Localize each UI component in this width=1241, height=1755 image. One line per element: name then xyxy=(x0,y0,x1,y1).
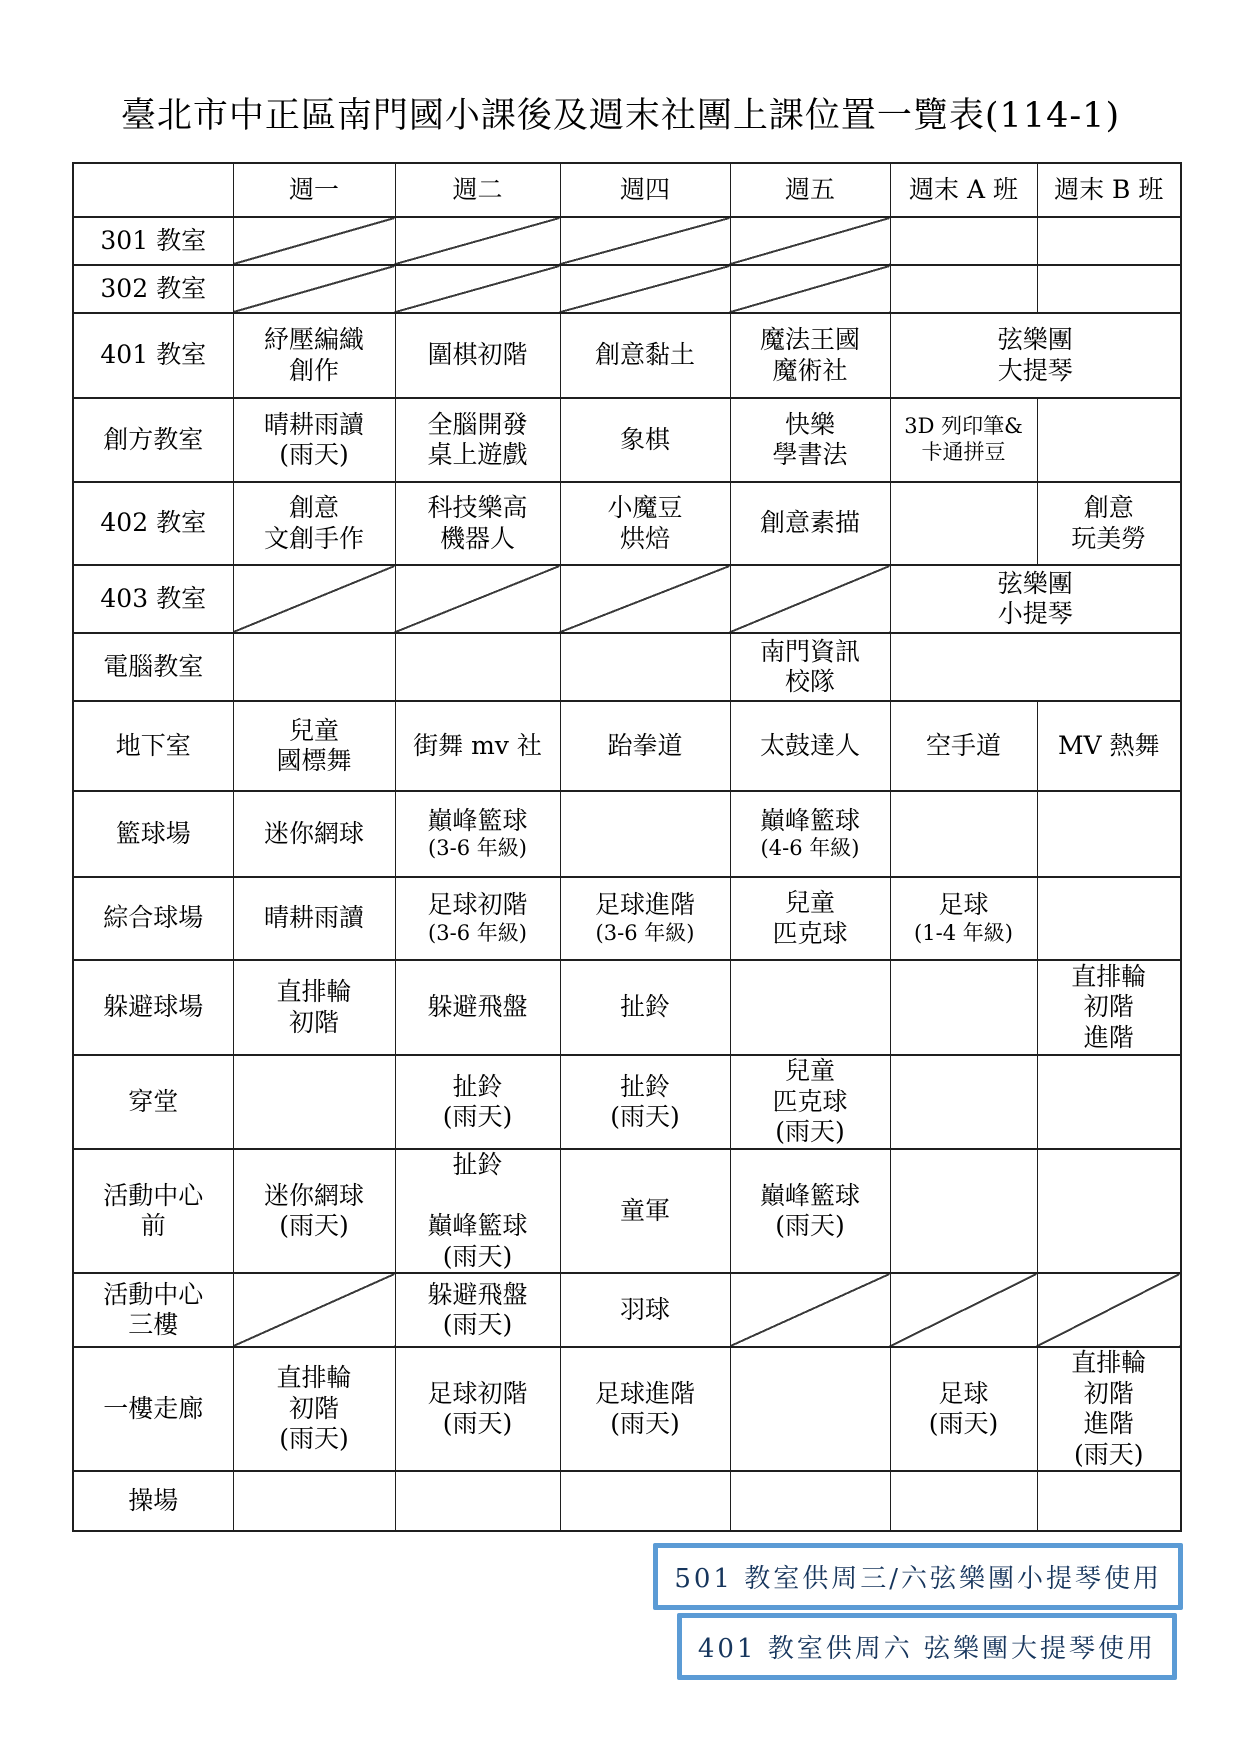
cell-text-line: 童軍 xyxy=(563,1196,728,1227)
schedule-table: 週一週二週四週五週末 A 班週末 B 班301 教室302 教室401 教室紓壓… xyxy=(72,162,1182,1532)
room-label-cell: 401 教室 xyxy=(73,313,233,398)
no-class-diagonal-cell xyxy=(395,565,560,633)
cell-text-line: 足球 xyxy=(893,890,1035,921)
cell-text-line: 機器人 xyxy=(398,524,558,555)
cell-text-line: 弦樂團 xyxy=(893,325,1179,356)
schedule-cell: 小魔豆烘焙 xyxy=(560,482,730,565)
cell-text-line: 科技樂高 xyxy=(398,493,558,524)
cell-text-line: 穿堂 xyxy=(76,1087,231,1118)
schedule-cell: 兒童匹克球 xyxy=(730,877,890,960)
cell-text-line: 躲避球場 xyxy=(76,992,231,1023)
cell-text-line: 直排輪 xyxy=(1040,962,1179,993)
schedule-cell: 魔法王國魔術社 xyxy=(730,313,890,398)
cell-text-line: 創意 xyxy=(1040,493,1179,524)
cell-text-line: (雨天) xyxy=(563,1409,728,1440)
cell-text-line: 卡通拼豆 xyxy=(893,440,1035,466)
room-label-cell: 403 教室 xyxy=(73,565,233,633)
schedule-cell: 足球進階(3-6 年級) xyxy=(560,877,730,960)
room-label-cell: 302 教室 xyxy=(73,265,233,313)
schedule-cell: 創意素描 xyxy=(730,482,890,565)
cell-text-line: 足球初階 xyxy=(398,890,558,921)
cell-text-line: 文創手作 xyxy=(236,524,393,555)
empty-cell xyxy=(1037,791,1181,877)
cell-text-line: 電腦教室 xyxy=(76,652,231,683)
cell-text-line: 足球初階 xyxy=(398,1379,558,1410)
empty-cell xyxy=(1037,1471,1181,1531)
schedule-cell: MV 熱舞 xyxy=(1037,701,1181,791)
empty-cell xyxy=(560,633,730,701)
room-label-cell: 躲避球場 xyxy=(73,960,233,1055)
cell-text-line: 初階 xyxy=(236,1008,393,1039)
room-label-cell: 402 教室 xyxy=(73,482,233,565)
empty-cell xyxy=(560,1471,730,1531)
schedule-cell: 巔峰籃球(4-6 年級) xyxy=(730,791,890,877)
schedule-cell: 兒童國標舞 xyxy=(233,701,395,791)
table-row: 操場 xyxy=(73,1471,1181,1531)
empty-cell xyxy=(890,482,1037,565)
cell-text-line: 進階 xyxy=(1040,1023,1179,1054)
schedule-cell: 巔峰籃球(3-6 年級) xyxy=(395,791,560,877)
cell-text-line: 兒童 xyxy=(733,888,888,919)
empty-cell xyxy=(395,633,560,701)
cell-text-line: 空手道 xyxy=(893,731,1035,762)
no-class-diagonal-cell xyxy=(233,1273,395,1347)
empty-cell xyxy=(560,791,730,877)
cell-text-line: (雨天) xyxy=(398,1102,558,1133)
schedule-cell: 直排輪初階進階(雨天) xyxy=(1037,1347,1181,1471)
schedule-cell: 科技樂高機器人 xyxy=(395,482,560,565)
table-row: 一樓走廊直排輪初階(雨天)足球初階(雨天)足球進階(雨天)足球(雨天)直排輪初階… xyxy=(73,1347,1181,1471)
cell-text-line: 活動中心 xyxy=(76,1280,231,1311)
day-header-cell: 週二 xyxy=(395,163,560,217)
cell-text-line: 扯鈴 xyxy=(563,992,728,1023)
cell-text-line: 302 教室 xyxy=(76,274,231,305)
cell-text-line: 晴耕雨讀 xyxy=(236,410,393,441)
schedule-cell: 足球初階(3-6 年級) xyxy=(395,877,560,960)
cell-text-line: 初階 xyxy=(1040,992,1179,1023)
room-label-cell: 穿堂 xyxy=(73,1055,233,1149)
schedule-cell: 足球初階(雨天) xyxy=(395,1347,560,1471)
empty-cell xyxy=(730,1471,890,1531)
cell-text-line: 匹克球 xyxy=(733,1087,888,1118)
day-header-cell: 週五 xyxy=(730,163,890,217)
no-class-diagonal-cell xyxy=(1037,1273,1181,1347)
cell-text-line: 迷你網球 xyxy=(236,819,393,850)
table-row: 躲避球場直排輪初階躲避飛盤扯鈴直排輪初階進階 xyxy=(73,960,1181,1055)
cell-text-line: 學書法 xyxy=(733,440,888,471)
empty-cell xyxy=(730,1347,890,1471)
note-box-violin: 501 教室供周三/六弦樂團小提琴使用 xyxy=(653,1543,1183,1610)
page-title: 臺北市中正區南門國小課後及週末社團上課位置一覽表(114-1) xyxy=(0,88,1241,138)
cell-text-line: 一樓走廊 xyxy=(76,1394,231,1425)
cell-text-line: 3D 列印筆& xyxy=(893,414,1035,440)
cell-text-line: 進階 xyxy=(1040,1409,1179,1440)
no-class-diagonal-cell xyxy=(395,265,560,313)
cell-text-line: 大提琴 xyxy=(893,356,1179,387)
room-label-cell: 活動中心前 xyxy=(73,1149,233,1273)
cell-text-line: 小提琴 xyxy=(893,599,1179,630)
empty-cell xyxy=(1037,265,1181,313)
schedule-cell: 弦樂團大提琴 xyxy=(890,313,1181,398)
table-row: 301 教室 xyxy=(73,217,1181,265)
schedule-cell: 童軍 xyxy=(560,1149,730,1273)
table-row: 穿堂扯鈴(雨天)扯鈴(雨天)兒童匹克球(雨天) xyxy=(73,1055,1181,1149)
document-page: 臺北市中正區南門國小課後及週末社團上課位置一覽表(114-1) 週一週二週四週五… xyxy=(0,0,1241,1755)
schedule-cell: 迷你網球(雨天) xyxy=(233,1149,395,1273)
cell-text-line: 扯鈴 xyxy=(398,1072,558,1103)
cell-text-line: 迷你網球 xyxy=(236,1181,393,1212)
no-class-diagonal-cell xyxy=(395,217,560,265)
schedule-cell: 躲避飛盤 xyxy=(395,960,560,1055)
empty-cell xyxy=(890,633,1181,701)
empty-cell xyxy=(233,633,395,701)
cell-text-line: 躲避飛盤 xyxy=(398,992,558,1023)
empty-cell xyxy=(233,1471,395,1531)
day-header-cell: 週四 xyxy=(560,163,730,217)
cell-text-line: 匹克球 xyxy=(733,919,888,950)
schedule-cell: 躲避飛盤(雨天) xyxy=(395,1273,560,1347)
cell-text-line: 玩美勞 xyxy=(1040,524,1179,555)
table-row: 地下室兒童國標舞街舞 mv 社跆拳道太鼓達人空手道MV 熱舞 xyxy=(73,701,1181,791)
empty-cell xyxy=(890,1055,1037,1149)
cell-text-line: 初階 xyxy=(1040,1379,1179,1410)
cell-text-line: 扯鈴 xyxy=(398,1150,558,1181)
table-row: 活動中心三樓躲避飛盤(雨天)羽球 xyxy=(73,1273,1181,1347)
day-header-cell: 週末 B 班 xyxy=(1037,163,1181,217)
schedule-cell: 兒童匹克球(雨天) xyxy=(730,1055,890,1149)
empty-cell xyxy=(890,1149,1037,1273)
schedule-cell: 巔峰籃球(雨天) xyxy=(730,1149,890,1273)
schedule-cell: 晴耕雨讀(雨天) xyxy=(233,398,395,482)
cell-text-line: (3-6 年級) xyxy=(398,836,558,862)
cell-text-line: (雨天) xyxy=(733,1211,888,1242)
empty-cell xyxy=(233,1055,395,1149)
schedule-cell: 直排輪初階進階 xyxy=(1037,960,1181,1055)
empty-cell xyxy=(730,960,890,1055)
no-class-diagonal-cell xyxy=(890,1273,1037,1347)
cell-text-line: 魔術社 xyxy=(733,356,888,387)
cell-text-line: 地下室 xyxy=(76,731,231,762)
table-row: 電腦教室南門資訊校隊 xyxy=(73,633,1181,701)
cell-text-line: MV 熱舞 xyxy=(1040,731,1179,762)
cell-text-line: (雨天) xyxy=(236,1424,393,1455)
no-class-diagonal-cell xyxy=(730,217,890,265)
cell-text-line: (雨天) xyxy=(398,1310,558,1341)
no-class-diagonal-cell xyxy=(233,565,395,633)
schedule-cell: 太鼓達人 xyxy=(730,701,890,791)
cell-text-line: 兒童 xyxy=(733,1056,888,1087)
schedule-cell: 象棋 xyxy=(560,398,730,482)
cell-text-line: 403 教室 xyxy=(76,584,231,615)
cell-text-line: 直排輪 xyxy=(1040,1348,1179,1379)
cell-text-line: 魔法王國 xyxy=(733,325,888,356)
cell-text-line: 快樂 xyxy=(733,410,888,441)
cell-text-line: (雨天) xyxy=(733,1117,888,1148)
room-label-cell: 創方教室 xyxy=(73,398,233,482)
schedule-cell: 創意文創手作 xyxy=(233,482,395,565)
cell-text-line: 直排輪 xyxy=(236,977,393,1008)
no-class-diagonal-cell xyxy=(560,265,730,313)
cell-text-line: 402 教室 xyxy=(76,508,231,539)
room-label-cell: 一樓走廊 xyxy=(73,1347,233,1471)
cell-text-line: 操場 xyxy=(76,1486,231,1517)
cell-text-line: (雨天) xyxy=(398,1409,558,1440)
table-row: 403 教室弦樂團小提琴 xyxy=(73,565,1181,633)
empty-cell xyxy=(1037,1149,1181,1273)
room-label-cell: 活動中心三樓 xyxy=(73,1273,233,1347)
empty-cell xyxy=(890,265,1037,313)
note-box-cello: 401 教室供周六 弦樂團大提琴使用 xyxy=(677,1613,1177,1680)
cell-text-line: (1-4 年級) xyxy=(893,921,1035,947)
cell-text-line: 校隊 xyxy=(733,667,888,698)
no-class-diagonal-cell xyxy=(233,217,395,265)
cell-text-line: 初階 xyxy=(236,1394,393,1425)
cell-text-line: 圍棋初階 xyxy=(398,340,558,371)
schedule-cell: 扯鈴 xyxy=(560,960,730,1055)
cell-text-line: 足球 xyxy=(893,1379,1035,1410)
cell-text-line: 巔峰籃球 xyxy=(733,806,888,837)
empty-cell xyxy=(890,1471,1037,1531)
cell-text-line: 直排輪 xyxy=(236,1363,393,1394)
table-row: 籃球場迷你網球巔峰籃球(3-6 年級)巔峰籃球(4-6 年級) xyxy=(73,791,1181,877)
room-label-cell: 地下室 xyxy=(73,701,233,791)
cell-text-line: 401 教室 xyxy=(76,340,231,371)
cell-text-line: 活動中心 xyxy=(76,1181,231,1212)
schedule-cell: 直排輪初階(雨天) xyxy=(233,1347,395,1471)
table-row: 活動中心前迷你網球(雨天)扯鈴 巔峰籃球(雨天)童軍巔峰籃球(雨天) xyxy=(73,1149,1181,1273)
empty-cell xyxy=(890,791,1037,877)
empty-cell xyxy=(1037,1055,1181,1149)
no-class-diagonal-cell xyxy=(730,1273,890,1347)
cell-text-line: 南門資訊 xyxy=(733,637,888,668)
cell-text-line: (雨天) xyxy=(236,1211,393,1242)
no-class-diagonal-cell xyxy=(730,565,890,633)
cell-text-line: 三樓 xyxy=(76,1310,231,1341)
cell-text-line: 足球進階 xyxy=(563,1379,728,1410)
cell-text-line: 象棋 xyxy=(563,425,728,456)
cell-text-line: 羽球 xyxy=(563,1295,728,1326)
room-label-cell: 操場 xyxy=(73,1471,233,1531)
schedule-cell: 3D 列印筆&卡通拼豆 xyxy=(890,398,1037,482)
cell-text-line xyxy=(398,1181,558,1212)
cell-text-line: 國標舞 xyxy=(236,746,393,777)
room-label-cell: 電腦教室 xyxy=(73,633,233,701)
no-class-diagonal-cell xyxy=(560,565,730,633)
day-header-cell: 週一 xyxy=(233,163,395,217)
cell-text-line: 弦樂團 xyxy=(893,569,1179,600)
table-row: 402 教室創意文創手作科技樂高機器人小魔豆烘焙創意素描創意玩美勞 xyxy=(73,482,1181,565)
cell-text-line: 籃球場 xyxy=(76,819,231,850)
empty-cell xyxy=(890,217,1037,265)
schedule-cell: 扯鈴(雨天) xyxy=(560,1055,730,1149)
no-class-diagonal-cell xyxy=(730,265,890,313)
schedule-cell: 扯鈴(雨天) xyxy=(395,1055,560,1149)
schedule-cell: 紓壓編織創作 xyxy=(233,313,395,398)
schedule-cell: 扯鈴 巔峰籃球(雨天) xyxy=(395,1149,560,1273)
cell-text-line: (3-6 年級) xyxy=(398,921,558,947)
schedule-cell: 直排輪初階 xyxy=(233,960,395,1055)
table-row: 創方教室晴耕雨讀(雨天)全腦開發桌上遊戲象棋快樂學書法3D 列印筆&卡通拼豆 xyxy=(73,398,1181,482)
room-label-cell: 301 教室 xyxy=(73,217,233,265)
cell-text-line: 街舞 mv 社 xyxy=(398,731,558,762)
cell-text-line: 創意黏土 xyxy=(563,340,728,371)
cell-text-line: 綜合球場 xyxy=(76,903,231,934)
empty-cell xyxy=(1037,217,1181,265)
cell-text-line: 烘焙 xyxy=(563,524,728,555)
cell-text-line: 桌上遊戲 xyxy=(398,440,558,471)
schedule-cell: 羽球 xyxy=(560,1273,730,1347)
schedule-cell: 晴耕雨讀 xyxy=(233,877,395,960)
schedule-cell: 弦樂團小提琴 xyxy=(890,565,1181,633)
cell-text-line: 創作 xyxy=(236,356,393,387)
cell-text-line: 紓壓編織 xyxy=(236,325,393,356)
cell-text-line: 巔峰籃球 xyxy=(398,806,558,837)
schedule-cell: 足球進階(雨天) xyxy=(560,1347,730,1471)
cell-text-line: 太鼓達人 xyxy=(733,731,888,762)
schedule-cell: 跆拳道 xyxy=(560,701,730,791)
empty-cell xyxy=(1037,398,1181,482)
schedule-cell: 南門資訊校隊 xyxy=(730,633,890,701)
room-label-cell: 綜合球場 xyxy=(73,877,233,960)
room-label-cell: 籃球場 xyxy=(73,791,233,877)
table-row: 綜合球場晴耕雨讀足球初階(3-6 年級)足球進階(3-6 年級)兒童匹克球足球(… xyxy=(73,877,1181,960)
cell-text-line: (雨天) xyxy=(398,1242,558,1273)
schedule-cell: 迷你網球 xyxy=(233,791,395,877)
schedule-cell: 街舞 mv 社 xyxy=(395,701,560,791)
cell-text-line: (雨天) xyxy=(236,440,393,471)
no-class-diagonal-cell xyxy=(233,265,395,313)
cell-text-line: (雨天) xyxy=(893,1409,1035,1440)
table-row: 302 教室 xyxy=(73,265,1181,313)
schedule-cell: 全腦開發桌上遊戲 xyxy=(395,398,560,482)
table-row: 401 教室紓壓編織創作圍棋初階創意黏土魔法王國魔術社弦樂團大提琴 xyxy=(73,313,1181,398)
schedule-cell: 創意黏土 xyxy=(560,313,730,398)
cell-text-line: 創意素描 xyxy=(733,508,888,539)
cell-text-line: 躲避飛盤 xyxy=(398,1280,558,1311)
schedule-cell: 圍棋初階 xyxy=(395,313,560,398)
no-class-diagonal-cell xyxy=(560,217,730,265)
schedule-cell: 快樂學書法 xyxy=(730,398,890,482)
schedule-cell: 足球(雨天) xyxy=(890,1347,1037,1471)
cell-text-line: 創意 xyxy=(236,493,393,524)
cell-text-line: (雨天) xyxy=(1040,1440,1179,1471)
cell-text-line: 前 xyxy=(76,1211,231,1242)
cell-text-line: 創方教室 xyxy=(76,425,231,456)
cell-text-line: (3-6 年級) xyxy=(563,921,728,947)
cell-text-line: 足球進階 xyxy=(563,890,728,921)
cell-text-line: 巔峰籃球 xyxy=(398,1211,558,1242)
cell-text-line: 全腦開發 xyxy=(398,410,558,441)
schedule-cell: 足球(1-4 年級) xyxy=(890,877,1037,960)
cell-text-line: (雨天) xyxy=(563,1102,728,1133)
cell-text-line: 301 教室 xyxy=(76,226,231,257)
cell-text-line: 晴耕雨讀 xyxy=(236,903,393,934)
empty-cell xyxy=(1037,877,1181,960)
cell-text-line: 兒童 xyxy=(236,716,393,747)
empty-cell xyxy=(890,960,1037,1055)
day-header-cell: 週末 A 班 xyxy=(890,163,1037,217)
cell-text-line: 巔峰籃球 xyxy=(733,1181,888,1212)
cell-text-line: 小魔豆 xyxy=(563,493,728,524)
empty-cell xyxy=(395,1471,560,1531)
cell-text-line: 扯鈴 xyxy=(563,1072,728,1103)
schedule-cell: 創意玩美勞 xyxy=(1037,482,1181,565)
corner-header-cell xyxy=(73,163,233,217)
schedule-cell: 空手道 xyxy=(890,701,1037,791)
cell-text-line: 跆拳道 xyxy=(563,731,728,762)
cell-text-line: (4-6 年級) xyxy=(733,836,888,862)
